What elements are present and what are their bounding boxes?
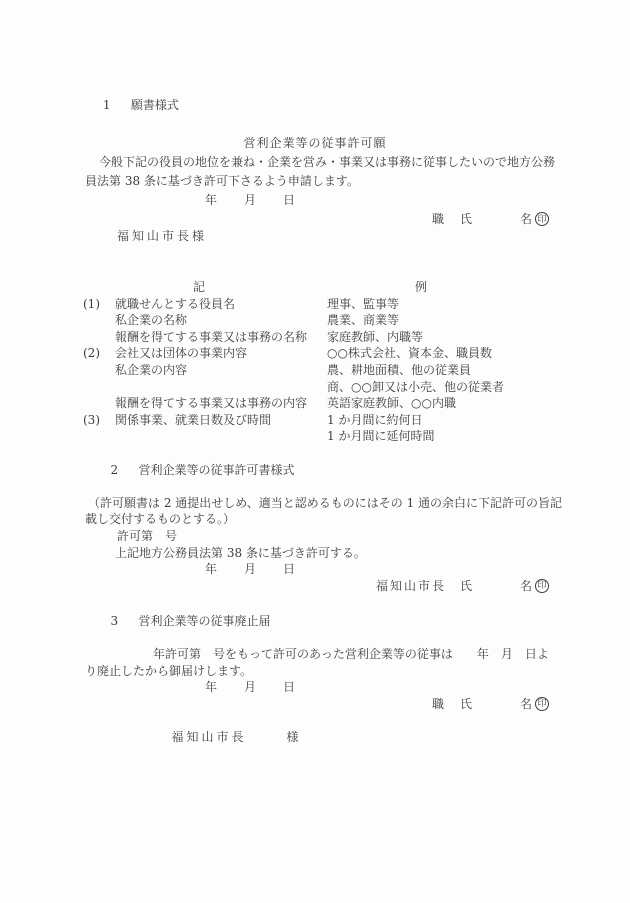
section-3-addressee-suffix: 様 [287,730,302,744]
section-2-heading-line: 2営利企業等の従事許可書様式 [0,445,630,495]
section-3-body-line-2: り廃止したから御届けします。 [0,663,630,680]
section-1-application-form: 1願書様式 営利企業等の従事許可願 今般下記の役員の地位を兼ね・企業を営み・事業… [0,77,630,246]
section-1-body-line-1: 今般下記の役員の地位を兼ね・企業を営み・事業又は事務に従事したいので地方公務 [0,153,630,172]
section-3-number: 3 [111,613,139,630]
items-examples-table: 記 例 (1) 就職せんとする役員名 理事、監事等 私企業の名称 農業、商業等 … [0,279,630,445]
section-2-number: 2 [111,462,139,479]
seal-icon: 印 [535,579,549,593]
row-number [83,395,115,412]
table-row: 1 か月間に延何時間 [0,428,630,445]
section-1-signer-label: 職 氏 [432,210,474,227]
section-1-number: 1 [103,96,131,115]
section-2-note-line-1: （許可願書は 2 通提出せしめ、適当と認めるものにはその 1 通の余白に下記許可… [0,495,630,512]
table-row: 私企業の内容 農、耕地面積、他の従業員 [0,362,630,379]
row-example: 家庭教師、内職等 [327,329,630,346]
section-2-seal-prefix: 名 [520,578,534,595]
row-example: 商、○○卸又は小売、他の従業者 [327,379,630,396]
row-number [83,379,115,396]
section-2-note-line-2: 載し交付するものとする。） [0,511,630,528]
section-1-heading: 願書様式 [131,98,179,112]
table-header-ki: 記 [193,279,205,296]
row-item: 私企業の内容 [115,362,327,379]
section-2-signature-line: 福知山市長 氏名印 [0,578,630,595]
section-2-heading: 営利企業等の従事許可書様式 [139,463,295,477]
section-3-addressee-line: 福知山市長様 [0,712,630,762]
seal-icon: 印 [535,212,549,226]
row-number [83,329,115,346]
section-1-signature-line: 職 氏名印 [0,210,630,227]
form-title: 営利企業等の従事許可願 [0,134,630,153]
section-2-date-line: 年 月 日 [0,561,630,578]
section-3-heading: 営利企業等の従事廃止届 [139,614,271,628]
grant-statement-line: 上記地方公務員法第 38 条に基づき許可する。 [0,545,630,562]
row-item [115,379,327,396]
document-lower-part: 記 例 (1) 就職せんとする役員名 理事、監事等 私企業の名称 農業、商業等 … [0,279,630,762]
table-row: 報酬を得てする事業又は事務の名称 家庭教師、内職等 [0,329,630,346]
row-example: 英語家庭教師、○○内職 [327,395,630,412]
section-3-signer-label: 職 氏 [432,696,474,713]
table-row: 私企業の名称 農業、商業等 [0,312,630,329]
row-item: 報酬を得てする事業又は事務の内容 [115,395,327,412]
row-item: 関係事業、就業日数及び時間 [115,412,327,429]
table-header-row: 記 例 [0,279,630,296]
row-number [83,428,115,445]
section-3-signature-line: 職 氏名印 [0,696,630,713]
table-row: 報酬を得てする事業又は事務の内容 英語家庭教師、○○内職 [0,395,630,412]
row-example: ○○株式会社、資本金、職員数 [327,345,630,362]
row-number [83,362,115,379]
table-row: (1) 就職せんとする役員名 理事、監事等 [0,296,630,313]
table-row: 商、○○卸又は小売、他の従業者 [0,379,630,396]
row-example: 農業、商業等 [327,312,630,329]
section-2-permission-certificate: 2営利企業等の従事許可書様式 （許可願書は 2 通提出せしめ、適当と認めるものに… [0,445,630,594]
section-1-date-line: 年 月 日 [0,191,630,210]
row-example: 農、耕地面積、他の従業員 [327,362,630,379]
row-example: 1 か月間に約何日 [327,412,630,429]
row-number: (2) [83,345,115,362]
section-1-addressee: 福知山市長様 [0,227,630,246]
row-example: 理事、監事等 [327,296,630,313]
row-number [83,312,115,329]
section-3-seal-prefix: 名 [520,696,534,713]
section-3-discontinuation-notice: 3営利企業等の従事廃止届 年許可第 号をもって許可のあった営利企業等の従事は 年… [0,596,630,762]
row-item: 会社又は団体の事業内容 [115,345,327,362]
section-2-signer-label: 福知山市長 氏 [376,578,474,595]
table-row: (3) 関係事業、就業日数及び時間 1 か月間に約何日 [0,412,630,429]
section-3-date-line: 年 月 日 [0,679,630,696]
section-3-body-line-1: 年許可第 号をもって許可のあった営利企業等の従事は 年 月 日よ [0,646,630,663]
section-3-addressee: 福知山市長 [172,730,247,744]
section-1-heading-line: 1願書様式 [0,77,630,134]
row-example: 1 か月間に延何時間 [327,428,630,445]
document-page: 1願書様式 営利企業等の従事許可願 今般下記の役員の地位を兼ね・企業を営み・事業… [0,0,630,903]
row-number: (3) [83,412,115,429]
row-item: 私企業の名称 [115,312,327,329]
table-header-rei: 例 [415,279,427,296]
row-item: 就職せんとする役員名 [115,296,327,313]
table-row: (2) 会社又は団体の事業内容 ○○株式会社、資本金、職員数 [0,345,630,362]
section-3-heading-line: 3営利企業等の従事廃止届 [0,596,630,646]
section-1-seal-prefix: 名 [520,210,534,227]
section-1-body-line-2: 員法第 38 条に基づき許可下さるよう申請します。 [0,172,630,191]
row-number: (1) [83,296,115,313]
row-item: 報酬を得てする事業又は事務の名称 [115,329,327,346]
row-item [115,428,327,445]
permit-number-line: 許可第 号 [0,528,630,545]
seal-icon: 印 [535,697,549,711]
